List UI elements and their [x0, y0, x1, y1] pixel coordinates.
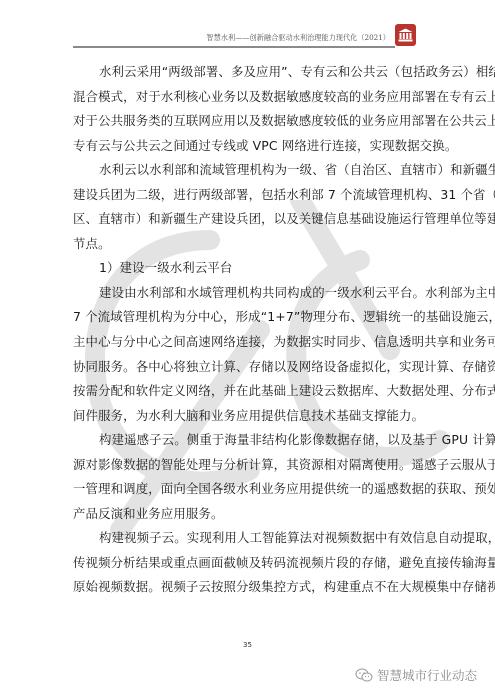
body-text: 水利云采用“两级部署、多及应用”、专有云和公共云（包括政务云）相结合 混合模式，… — [73, 60, 423, 600]
text-line: 水利云采用“两级部署、多及应用”、专有云和公共云（包括政务云）相结合 — [73, 60, 423, 85]
wechat-icon — [355, 668, 373, 683]
text-line: 建设兵团为二级，进行两级部署，包括水利部 7 个流域管理机构、31 个省（自治 — [73, 183, 423, 208]
text-line: 专有云与公共云之间通过专线或 VPC 网络进行连接，实现数据交换。 — [73, 134, 423, 159]
text-line: 区、直辖市）和新疆生产建设兵团，以及关键信息基础设施运行管理单位等建设 — [73, 207, 423, 232]
running-header-title: 智慧水利——创新融合驱动水利治理能力现代化（2021） — [190, 33, 390, 43]
text-line: 产品反演和业务应用服务。 — [73, 502, 423, 527]
page-number: 35 — [243, 641, 252, 649]
header-divider — [73, 46, 395, 48]
text-line: 协同服务。各中心将独立计算、存储以及网络设备虚拟化，实现计算、存储资源 — [73, 355, 423, 380]
text-line: 源对影像数据的智能处理与分析计算，其资源相对隔离使用。遥感子云服从于统 — [73, 453, 423, 478]
section-heading: 1）建设一级水利云平台 — [73, 256, 423, 281]
footer-brand: 智慧城市行业动态 — [355, 666, 477, 684]
text-line: 间件服务，为水利大脑和业务应用提供信息技术基础支撑能力。 — [73, 404, 423, 429]
text-line: 构建视频子云。实现利用人工智能算法对视频数据中有效信息自动提取，上 — [73, 526, 423, 551]
text-line: 传视频分析结果或重点画面截帧及转码流视频片段的存储，避免直接传输海量的 — [73, 551, 423, 576]
text-line: 构建遥感子云。侧重于海量非结构化影像数据存储，以及基于 GPU 计算资 — [73, 428, 423, 453]
text-line: 对于公共服务类的互联网应用以及数据敏感度较低的业务应用部署在公共云上。 — [73, 109, 423, 134]
footer-brand-text: 智慧城市行业动态 — [377, 666, 477, 684]
text-line: 水利云以水利部和流域管理机构为一级、省（自治区、直辖市）和新疆生产 — [73, 158, 423, 183]
text-line: 节点。 — [73, 232, 423, 257]
text-line: 主中心与分中心之间高速网络连接，为数据实时同步、信息透明共享和业务可靠 — [73, 330, 423, 355]
text-line: 按需分配和软件定义网络，并在此基础上建设云数据库、大数据处理、分布式中 — [73, 379, 423, 404]
text-line: 原始视频数据。视频子云按照分级集控方式，构建重点不在大规模集中存储视频， — [73, 575, 423, 600]
building-columns-icon — [395, 24, 416, 46]
text-line: 混合模式，对于水利核心业务以及数据敏感度较高的业务应用部署在专有云上； — [73, 85, 423, 110]
text-line: 7 个流域管理机构为分中心，形成“1+7”物理分布、逻辑统一的基础设施云，建设 — [73, 305, 423, 330]
text-line: 一管理和调度，面向全国各级水利业务应用提供统一的遥感数据的获取、预处理、 — [73, 477, 423, 502]
text-line: 建设由水利部和水域管理机构共同构成的一级水利云平台。水利部为主中心， — [73, 281, 423, 306]
document-page: 智慧水利——创新融合驱动水利治理能力现代化（2021） 水利云采用“两级部署、多… — [0, 0, 495, 700]
